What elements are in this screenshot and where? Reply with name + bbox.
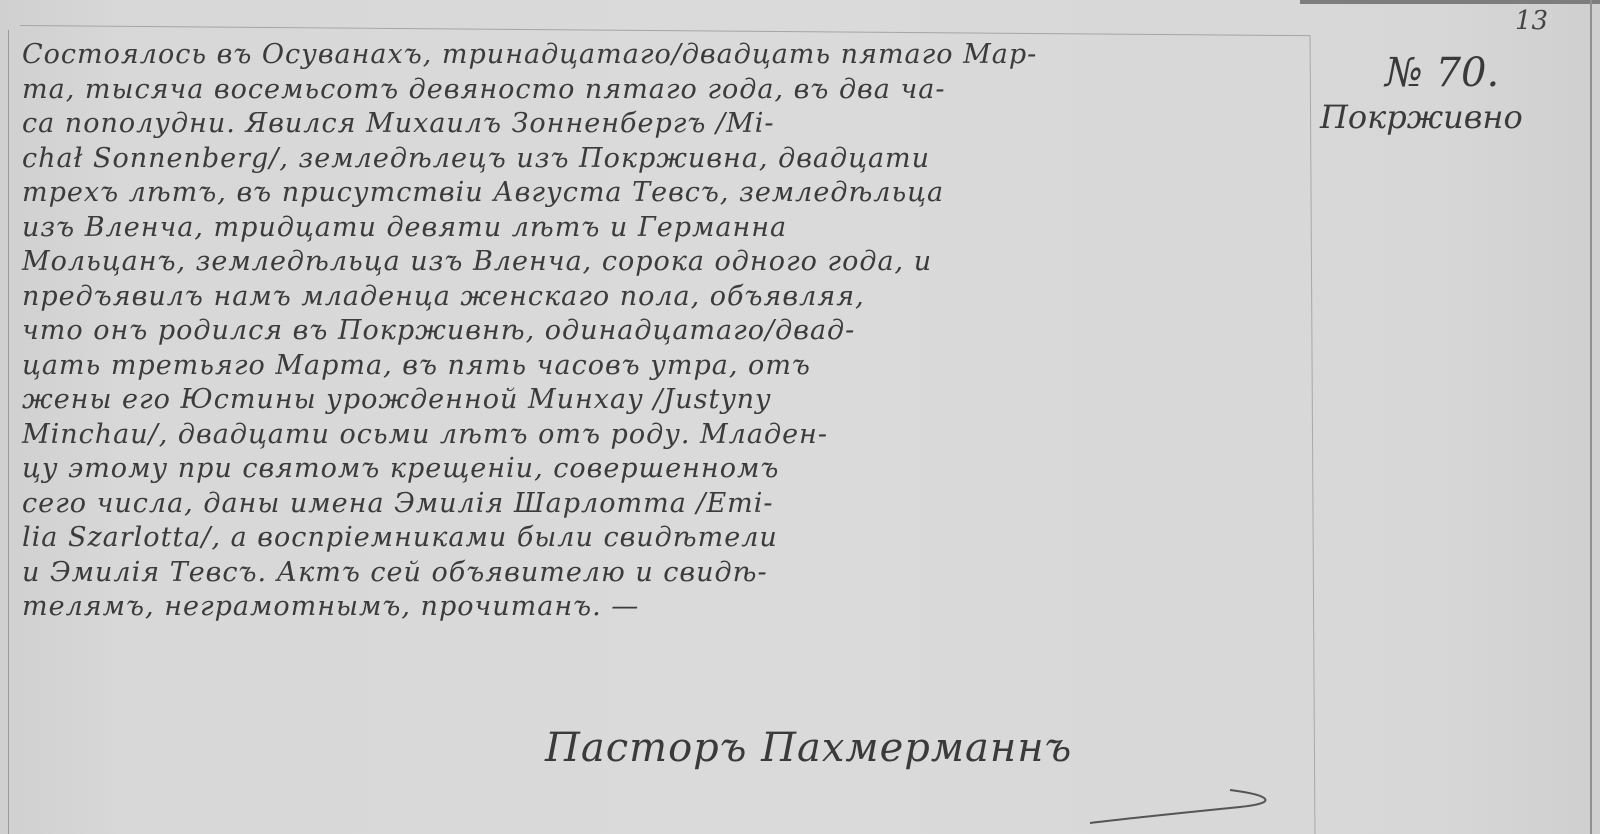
- entry-line: цу этому при святомъ крещеніи, совершенн…: [22, 452, 1312, 487]
- entry-line: та, тысяча восемьсотъ девяносто пятаго г…: [22, 73, 1312, 108]
- register-page: 13 Состоялось въ Осуванахъ, тринадцатаго…: [0, 0, 1600, 834]
- entry-line: цать третьяго Марта, въ пять часовъ утра…: [22, 349, 1312, 384]
- entry-line: Состоялось въ Осуванахъ, тринадцатаго/дв…: [22, 38, 1312, 73]
- entry-line: сего числа, даны имена Эмилія Шарлотта /…: [22, 487, 1312, 522]
- entry-line: предъявилъ намъ младенца женскаго пола, …: [22, 280, 1312, 315]
- top-rule: [20, 25, 1310, 36]
- left-margin-rule: [8, 30, 9, 834]
- entry-line: Minchau/, двадцати осьми лѣтъ отъ роду. …: [22, 418, 1312, 453]
- entry-line: телямъ, неграмотнымъ, прочитанъ. —: [22, 590, 1312, 625]
- entry-line: изъ Вленча, тридцати девяти лѣтъ и Герма…: [22, 211, 1312, 246]
- right-page-edge: [1590, 0, 1592, 834]
- margin-village-name: Покрживно: [1320, 98, 1580, 136]
- entry-line: и Эмилія Тевсъ. Актъ сей объявителю и св…: [22, 556, 1312, 591]
- pastor-signature: Пасторъ Пахмерманнъ: [545, 725, 1072, 771]
- page-number: 13: [1515, 6, 1548, 36]
- entry-body: Состоялось въ Осуванахъ, тринадцатаго/дв…: [22, 38, 1312, 625]
- signature-flourish-icon: [1080, 785, 1280, 825]
- entry-number: № 70.: [1385, 50, 1580, 96]
- entry-line: Мольцанъ, земледѣльца изъ Вленча, сорока…: [22, 245, 1312, 280]
- entry-line: что онъ родился въ Покрживнѣ, одинадцата…: [22, 314, 1312, 349]
- entry-line: трехъ лѣтъ, въ присутствіи Августа Тевсъ…: [22, 176, 1312, 211]
- entry-line: жены его Юстины урожденной Минхау /Justy…: [22, 383, 1312, 418]
- margin-annotation: № 70. Покрживно: [1320, 50, 1580, 136]
- entry-line: chał Sonnenberg/, земледѣлецъ изъ Покржи…: [22, 142, 1312, 177]
- entry-line: са пополудни. Явился Михаилъ Зонненбергъ…: [22, 107, 1312, 142]
- entry-line: lia Szarlotta/, а воспріемниками были св…: [22, 521, 1312, 556]
- page-edge-shadow: [1300, 0, 1600, 4]
